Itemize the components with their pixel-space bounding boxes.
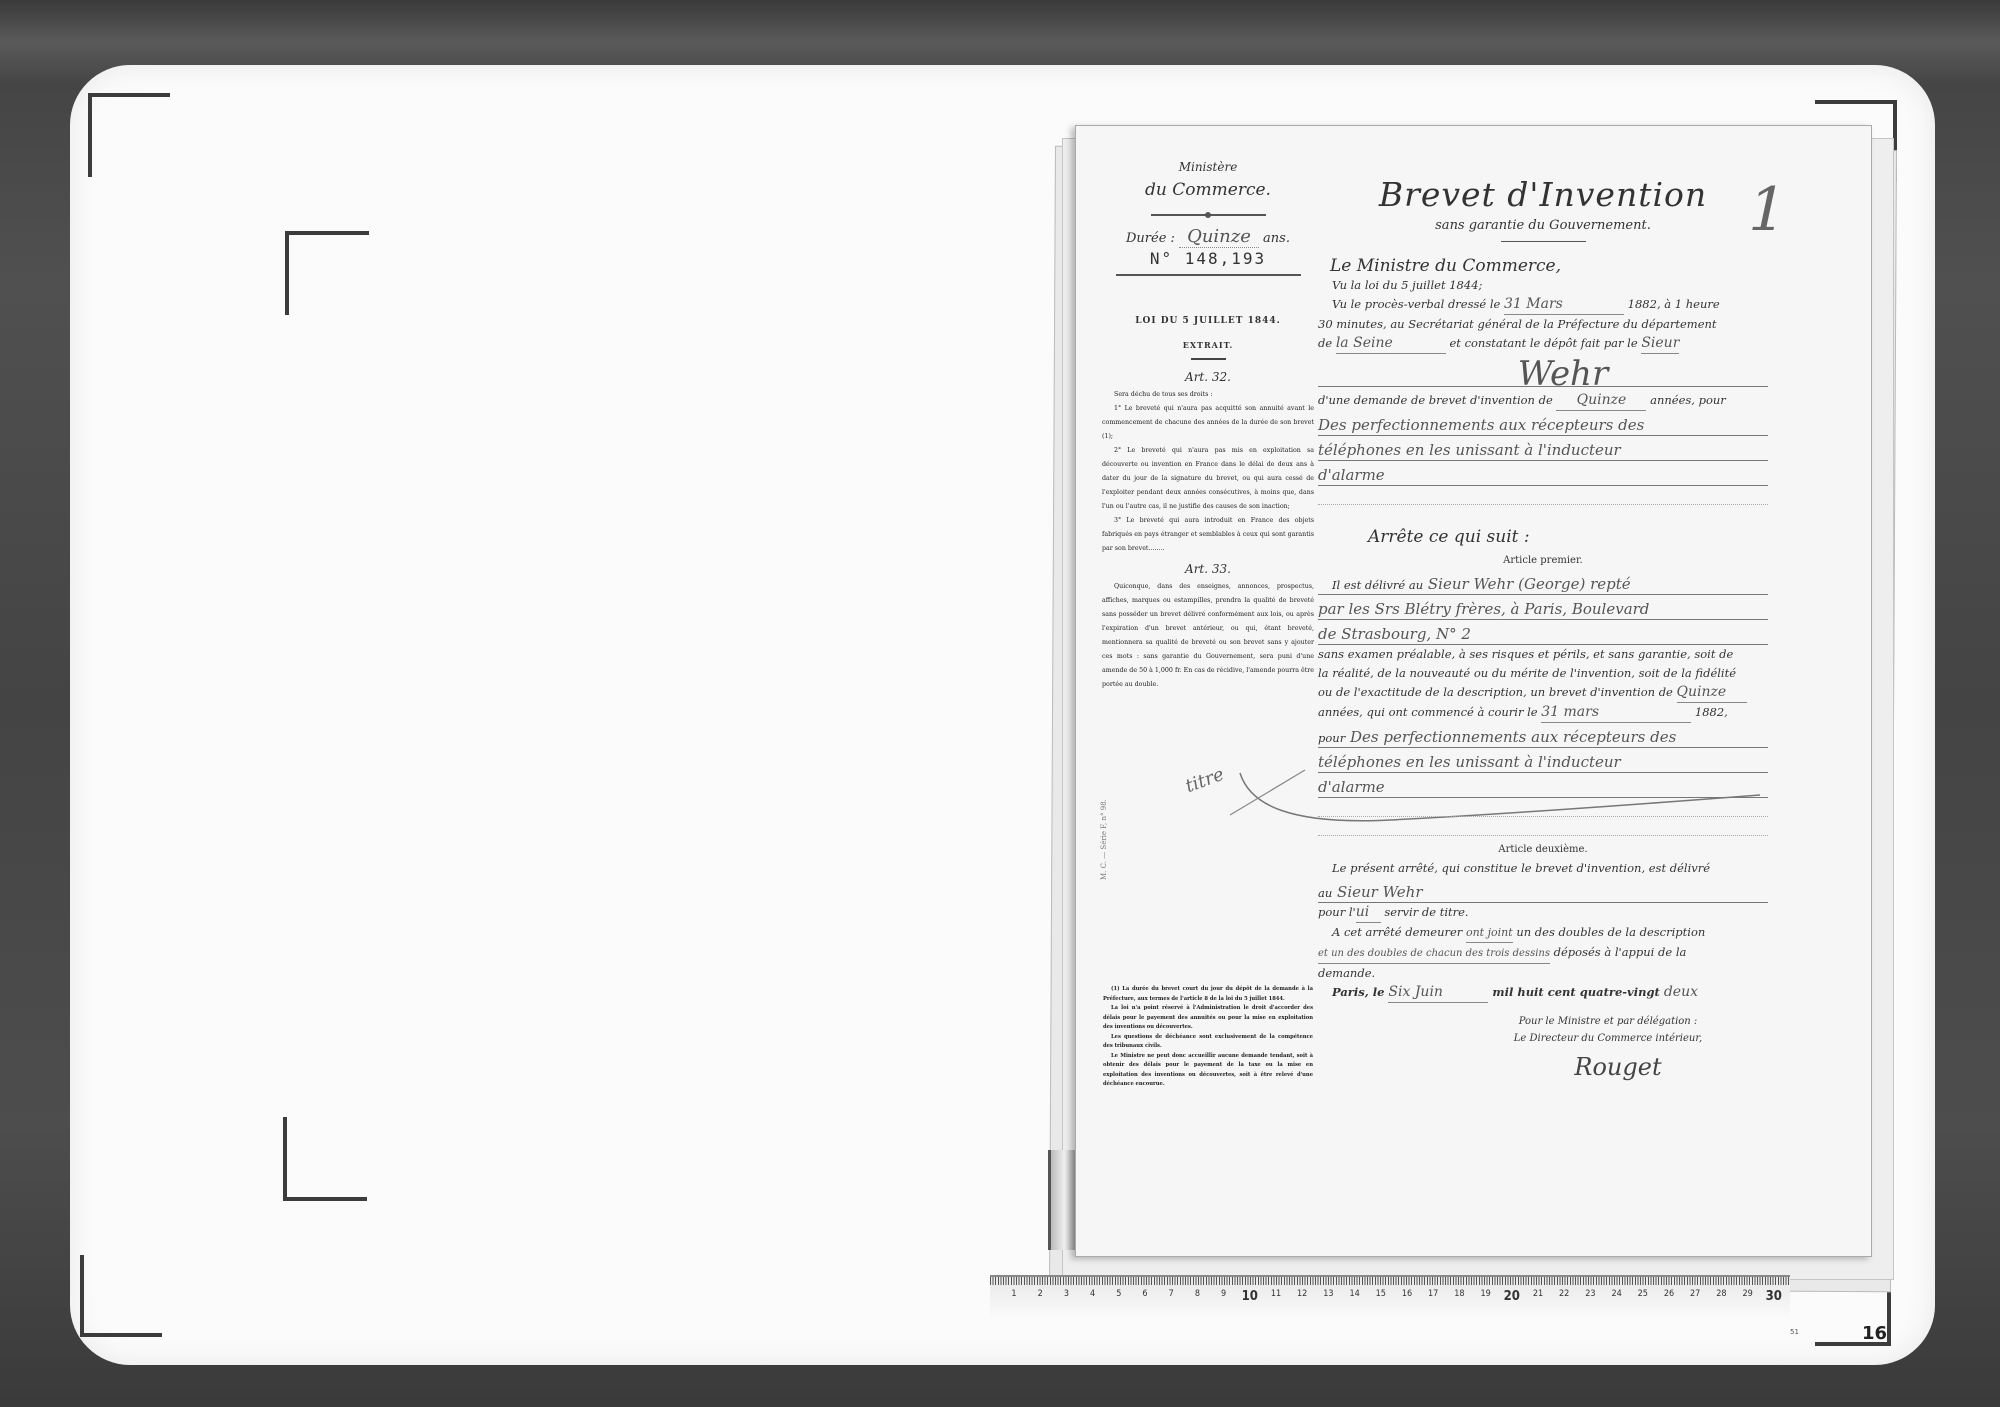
invention-title-text: Des perfectionnements aux récepteurs des xyxy=(1318,416,1644,434)
departement-line: de la Seine et constatant le dépôt fait … xyxy=(1318,334,1768,354)
ruler-label: 26 xyxy=(1664,1289,1674,1299)
art32-text: Sera déchu de tous ses droits : 1° Le br… xyxy=(1098,388,1318,556)
paris-year-fill: deux xyxy=(1664,983,1698,1002)
holder-text: Il est délivré au Sieur Wehr (George) re… xyxy=(1318,575,1631,593)
signature: Rouget xyxy=(1318,1053,1768,1081)
document-subtitle: sans garantie du Gouvernement. xyxy=(1318,218,1768,233)
ruler-label: 27 xyxy=(1690,1289,1700,1299)
divider xyxy=(1116,274,1301,276)
invention-title-line: Des perfectionnements aux récepteurs des xyxy=(1318,411,1768,436)
minister-heading: Le Ministre du Commerce, xyxy=(1330,256,1768,276)
article2-line: Le présent arrêté, qui constitue le brev… xyxy=(1318,859,1768,878)
art32-paragraph: 3° Le breveté qui aura introduit en Fran… xyxy=(1102,514,1314,556)
demande-years: Quinze xyxy=(1556,391,1646,411)
invention-title-text: d'alarme xyxy=(1318,466,1385,484)
annex-suffix: un des doubles de la description xyxy=(1516,925,1705,939)
footnote-paragraph: Les questions de déchéance sont exclusiv… xyxy=(1103,1033,1313,1052)
right-column: Brevet d'Invention sans garantie du Gouv… xyxy=(1318,175,1768,1081)
ruler-label: 12 xyxy=(1297,1289,1307,1299)
ruler-label: 13 xyxy=(1323,1289,1333,1299)
annex-line: et un des doubles de chacun des trois de… xyxy=(1318,943,1768,964)
article1-prefix: Il est délivré au xyxy=(1318,578,1423,592)
ruler-label: 24 xyxy=(1611,1289,1621,1299)
paris-date: Six Juin xyxy=(1388,983,1488,1003)
invention-title-text: d'alarme xyxy=(1318,778,1385,796)
de-label: de xyxy=(1318,336,1332,350)
duree-unit: ans. xyxy=(1263,231,1290,246)
paris-prefix: Paris, le xyxy=(1332,985,1384,999)
ruler-label: 9 xyxy=(1221,1289,1226,1299)
art33-heading: Art. 33. xyxy=(1098,562,1318,576)
art32-paragraph: 1° Le breveté qui n'aura pas acquitté so… xyxy=(1102,402,1314,444)
arrete-heading: Arrête ce qui suit : xyxy=(1368,527,1768,547)
ruler-label: 18 xyxy=(1454,1289,1464,1299)
measurement-ruler: 1234567891011121314151617181920212223242… xyxy=(990,1275,1790,1317)
ruler-label: 15 xyxy=(1376,1289,1386,1299)
ruler-label: 10 xyxy=(1242,1289,1258,1304)
document-title: Brevet d'Invention xyxy=(1318,175,1768,214)
blank-line xyxy=(1318,490,1768,505)
blank-line xyxy=(1318,821,1768,836)
duree-label: Durée : xyxy=(1126,231,1175,246)
departement-value: la Seine xyxy=(1336,334,1446,354)
ruler-label: 29 xyxy=(1742,1289,1752,1299)
minutes-line: 30 minutes, au Secrétariat général de la… xyxy=(1318,315,1768,334)
vu-pv-line: Vu le procès-verbal dressé le 31 Mars 18… xyxy=(1318,295,1768,315)
article2-title: Article deuxième. xyxy=(1318,844,1768,855)
commence-date: 31 mars xyxy=(1541,703,1691,723)
ruler-label: 30 xyxy=(1766,1289,1782,1304)
ruler-label: 28 xyxy=(1716,1289,1726,1299)
footnote-paragraph: La loi n'a point réservé à l'Administrat… xyxy=(1103,1004,1313,1033)
holder-text-line: de Strasbourg, N° 2 xyxy=(1318,625,1471,643)
ruler-label: 14 xyxy=(1349,1289,1359,1299)
page-number: 16 xyxy=(1862,1323,1887,1344)
crop-mark-top-left xyxy=(88,93,170,177)
art33-text: Quiconque, dans des enseignes, annonces,… xyxy=(1098,580,1318,692)
invention-title-line: téléphones en les unissant à l'inducteur xyxy=(1318,436,1768,461)
ruler-label: 1 xyxy=(1011,1289,1016,1299)
constatant-text: et constatant le dépôt fait par le xyxy=(1449,336,1637,350)
extrait-heading: EXTRAIT. xyxy=(1098,340,1318,350)
annex-fill: et un des doubles de chacun des trois de… xyxy=(1318,944,1550,964)
demande-line: d'une demande de brevet d'invention de Q… xyxy=(1318,391,1768,411)
ruler-label: 20 xyxy=(1504,1289,1520,1304)
holder-line: de Strasbourg, N° 2 xyxy=(1318,620,1768,645)
numero-label: N° xyxy=(1150,249,1173,268)
footnote: (1) La durée du brevet court du jour du … xyxy=(1103,985,1313,1090)
sign-line: Pour le Ministre et par délégation : xyxy=(1448,1013,1768,1030)
paris-year-text: mil huit cent quatre-vingt xyxy=(1492,985,1659,999)
article1-years: Quinze xyxy=(1677,683,1747,703)
form-series-code: M. C. — Série F, n° 98. xyxy=(1100,799,1108,880)
demande-suffix: années, pour xyxy=(1650,393,1726,407)
left-column: Ministère du Commerce. Durée : Quinze an… xyxy=(1098,160,1318,692)
invention-title-text: Des perfectionnements aux récepteurs des xyxy=(1350,728,1676,746)
ministere-label: Ministère xyxy=(1098,160,1318,174)
article1-body-line: ou de l'exactitude de la description, un… xyxy=(1318,683,1768,703)
sign-line: Le Directeur du Commerce intérieur, xyxy=(1448,1030,1768,1047)
article1-body-text: ou de l'exactitude de la description, un… xyxy=(1318,685,1673,699)
vu-pv-prefix: Vu le procès-verbal dressé le xyxy=(1332,297,1500,311)
ruler-label: 3 xyxy=(1064,1289,1069,1299)
holder-line: par les Srs Blétry frères, à Paris, Boul… xyxy=(1318,595,1768,620)
art32-heading: Art. 32. xyxy=(1098,370,1318,384)
article2-line3-fill: ui xyxy=(1356,903,1381,923)
invention-title-text: téléphones en les unissant à l'inducteur xyxy=(1318,753,1621,771)
vu-loi-line: Vu la loi du 5 juillet 1844; xyxy=(1318,276,1768,295)
annex-prefix: A cet arrêté demeurer xyxy=(1332,925,1462,939)
footnote-paragraph: (1) La durée du brevet court du jour du … xyxy=(1103,985,1313,1004)
invention-title-text: pour Des perfectionnements aux récepteur… xyxy=(1318,728,1676,746)
article1-body-line: la réalité, de la nouveauté ou du mérite… xyxy=(1318,664,1768,683)
vu-pv-date: 31 Mars xyxy=(1504,295,1624,315)
invention-title-line: téléphones en les unissant à l'inducteur xyxy=(1318,748,1768,773)
crop-mark-inner-top-left xyxy=(285,231,369,315)
ruler-label: 19 xyxy=(1480,1289,1490,1299)
invention-title-line: d'alarme xyxy=(1318,461,1768,486)
divider xyxy=(1501,241,1586,242)
ruler-label: 8 xyxy=(1195,1289,1200,1299)
blank-line xyxy=(1318,802,1768,817)
annex-fill: ont joint xyxy=(1466,923,1513,943)
invention-title-line: d'alarme xyxy=(1318,773,1768,798)
commence-line: années, qui ont commencé à courir le 31 … xyxy=(1318,703,1768,723)
demande-prefix: d'une demande de brevet d'invention de xyxy=(1318,393,1553,407)
holder-text-line: par les Srs Blétry frères, à Paris, Boul… xyxy=(1318,600,1649,618)
crop-mark-inner-bottom-left xyxy=(283,1117,367,1201)
du-commerce-label: du Commerce. xyxy=(1098,180,1318,200)
article2-holder: Sieur Wehr xyxy=(1337,883,1422,901)
numero-row: N° 148,193 xyxy=(1098,249,1318,268)
ruler-label: 17 xyxy=(1428,1289,1438,1299)
ornament-divider xyxy=(1151,214,1266,216)
commence-prefix: années, qui ont commencé à courir le xyxy=(1318,705,1538,719)
art33-paragraph: Quiconque, dans des enseignes, annonces,… xyxy=(1102,580,1314,692)
annex-suffix: déposés à l'appui de la xyxy=(1554,945,1687,959)
signature-block: Pour le Ministre et par délégation : Le … xyxy=(1318,1013,1768,1047)
divider xyxy=(1191,358,1226,360)
ruler-label: 21 xyxy=(1533,1289,1543,1299)
ruler-ticks xyxy=(990,1277,1790,1285)
annex-line: A cet arrêté demeurer ont joint un des d… xyxy=(1318,923,1768,943)
art32-paragraph: 2° Le breveté qui n'aura pas mis en expl… xyxy=(1102,444,1314,514)
footnote-paragraph: Le Ministre ne peut donc accueillir aucu… xyxy=(1103,1052,1313,1090)
ruler-label: 11 xyxy=(1271,1289,1281,1299)
ruler-labels: 1234567891011121314151617181920212223242… xyxy=(990,1289,1790,1305)
article2-titre-line: pour l'ui servir de titre. xyxy=(1318,903,1768,923)
ruler-label: 25 xyxy=(1638,1289,1648,1299)
ruler-unit-label: 51 xyxy=(1790,1328,1799,1336)
ruler-label: 22 xyxy=(1559,1289,1569,1299)
ruler-label: 6 xyxy=(1142,1289,1147,1299)
pour-label: pour xyxy=(1318,731,1345,745)
ruler-label: 23 xyxy=(1585,1289,1595,1299)
annex-line: demande. xyxy=(1318,964,1768,983)
article2-holder-text: au Sieur Wehr xyxy=(1318,883,1423,901)
applicant-name: Wehr xyxy=(1318,354,1768,394)
art32-paragraph: Sera déchu de tous ses droits : xyxy=(1102,388,1314,402)
article2-holder-line: au Sieur Wehr xyxy=(1318,878,1768,903)
holder-line: Il est délivré au Sieur Wehr (George) re… xyxy=(1318,570,1768,595)
crop-mark-bottom-left xyxy=(80,1255,162,1337)
vu-pv-year: 1882, à 1 heure xyxy=(1628,297,1720,311)
paris-date-line: Paris, le Six Juin mil huit cent quatre-… xyxy=(1318,983,1768,1003)
ruler-label: 2 xyxy=(1038,1289,1043,1299)
article1-body-line: sans examen préalable, à ses risques et … xyxy=(1318,645,1768,664)
commence-year: 1882, xyxy=(1695,705,1728,719)
numero-value: 148,193 xyxy=(1185,249,1266,268)
ruler-label: 4 xyxy=(1090,1289,1095,1299)
duree-value: Quinze xyxy=(1179,226,1259,248)
ruler-label: 7 xyxy=(1169,1289,1174,1299)
invention-title-line: pour Des perfectionnements aux récepteur… xyxy=(1318,723,1768,748)
invention-title-text: téléphones en les unissant à l'inducteur xyxy=(1318,441,1621,459)
sieur-value: Sieur xyxy=(1641,334,1679,354)
article2-line3-suffix: servir de titre. xyxy=(1384,905,1468,919)
article2-au: au xyxy=(1318,886,1332,900)
ruler-label: 5 xyxy=(1116,1289,1121,1299)
loi-heading: LOI DU 5 JUILLET 1844. xyxy=(1098,316,1318,326)
article2-line3-prefix: pour l' xyxy=(1318,905,1356,919)
holder-text-line: Sieur Wehr (George) repté xyxy=(1428,575,1631,593)
duree-row: Durée : Quinze ans. xyxy=(1098,226,1318,247)
article1-title: Article premier. xyxy=(1318,555,1768,566)
ruler-label: 16 xyxy=(1402,1289,1412,1299)
